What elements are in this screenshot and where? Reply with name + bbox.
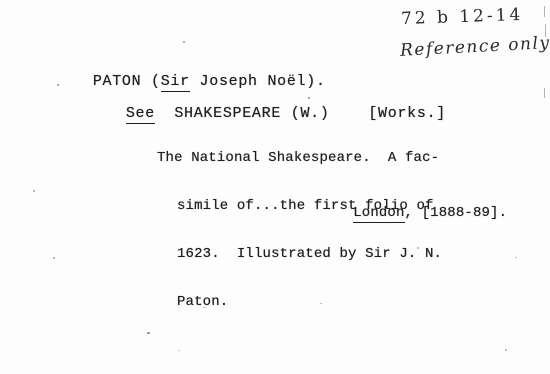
imprint-line: London, [1888-89]. [319, 189, 507, 237]
library-catalog-card: 72 b 12-14 Reference only PATON (Sir Jos… [0, 0, 550, 374]
scan-edge-mark [544, 88, 545, 98]
scan-speck [505, 349, 507, 351]
description-line: Paton. [157, 294, 442, 310]
imprint-rest: , [1888-89]. [405, 205, 508, 221]
scan-speck [183, 41, 185, 43]
shelfmark-annotation: 72 b 12-14 [401, 5, 524, 29]
description-line: 1623. Illustrated by Sir J. N. [157, 246, 442, 262]
scan-edge-mark [544, 6, 545, 17]
scan-edge-mark [545, 24, 546, 37]
description-line: The National Shakespeare. A fac- [157, 150, 442, 166]
scan-speck [57, 84, 59, 86]
scan-speck [515, 257, 517, 258]
scan-speck [308, 97, 310, 99]
scan-speck [147, 332, 150, 334]
scan-speck [417, 247, 419, 249]
reference-only-annotation: Reference only [400, 33, 550, 61]
see-reference-underlined-see: See [126, 105, 155, 124]
scan-speck [203, 307, 205, 308]
scan-speck [53, 257, 55, 259]
scan-speck [178, 350, 180, 351]
scan-speck [320, 303, 322, 304]
scan-speck [33, 190, 35, 192]
imprint-underlined-london: London [353, 205, 404, 223]
